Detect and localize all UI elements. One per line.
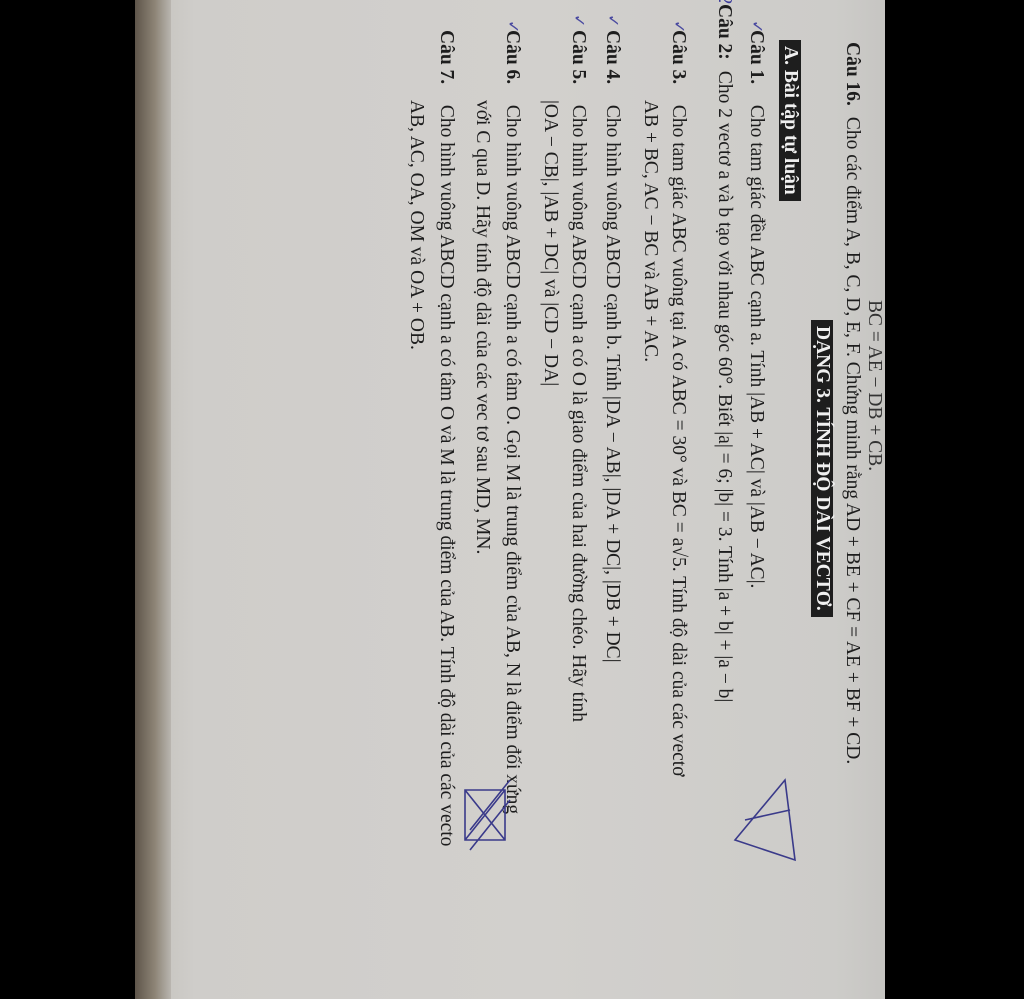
top-fragment: BC = AE − DB + CB.: [863, 300, 885, 471]
question-5-line2: |OA − CB|, |AB + DC| và |CD − DA|: [539, 100, 561, 386]
check-mark-icon: ✓: [670, 20, 689, 33]
section-heading: DẠNG 3. TÍNH ĐỘ DÀI VECTƠ.: [811, 320, 833, 617]
document-photo: BC = AE − DB + CB. Câu 16. Cho các điểm …: [135, 0, 885, 999]
subsection-text: A. Bài tập tự luận: [779, 40, 801, 201]
check-mark-icon: ✓: [748, 20, 767, 33]
question-text: Cho hình vuông ABCD cạnh a có O là giao …: [568, 105, 589, 722]
question-text: Cho hình vuông ABCD cạnh b. Tính |DA − A…: [602, 105, 623, 663]
question-3: Câu 3. Cho tam giác ABC vuông tại A có A…: [667, 30, 689, 777]
worksheet-page: BC = AE − DB + CB. Câu 16. Cho các điểm …: [165, 0, 885, 999]
question-label: Câu 3.: [667, 30, 689, 100]
question-3-line2: AB + BC, AC − BC và AB + AC.: [639, 100, 661, 362]
question-6-line2: với C qua D. Hãy tính độ dài của các vec…: [471, 100, 493, 554]
question-2: B2 Câu 2: Cho 2 vectơ a và b tạo với nha…: [713, 4, 735, 702]
section-heading-text: DẠNG 3. TÍNH ĐỘ DÀI VECTƠ.: [811, 320, 833, 617]
question-text: Cho 2 vectơ a và b tạo với nhau góc 60°.…: [714, 71, 735, 702]
question-text: Cho hình vuông ABCD cạnh a có tâm O và M…: [436, 105, 457, 847]
handwritten-note: B2: [713, 0, 735, 4]
question-text: Cho tam giác đều ABC cạnh a. Tính |AB + …: [746, 105, 767, 589]
handwritten-triangle-sketch-icon: [725, 770, 805, 880]
question-text: Cho các điểm A, B, C, D, E, F. Chứng min…: [842, 117, 863, 764]
question-4: Câu 4. Cho hình vuông ABCD cạnh b. Tính …: [601, 30, 623, 663]
check-mark-icon: ✓: [570, 14, 589, 27]
subsection-heading: A. Bài tập tự luận: [779, 40, 801, 201]
question-7-line2: AB, AC, OA, OM và OA + OB.: [405, 100, 427, 350]
question-label: Câu 4.: [601, 30, 623, 100]
question-1: Câu 1. Cho tam giác đều ABC cạnh a. Tính…: [745, 30, 767, 588]
question-text: Cho hình vuông ABCD cạnh a có tâm O. Gọi…: [502, 105, 523, 814]
question-text: Cho tam giác ABC vuông tại A có ABC = 30…: [668, 105, 689, 777]
question-label: Câu 6.: [501, 30, 523, 100]
handwritten-square-sketch-icon: [455, 780, 515, 860]
question-7: Câu 7. Cho hình vuông ABCD cạnh a có tâm…: [435, 30, 457, 846]
question-label: Câu 5.: [567, 30, 589, 100]
question-5: Câu 5. Cho hình vuông ABCD cạnh a có O l…: [567, 30, 589, 722]
question-label: Câu 16.: [841, 42, 863, 112]
question-label: Câu 1.: [745, 30, 767, 100]
check-mark-icon: ✓: [504, 20, 523, 33]
question-16: Câu 16. Cho các điểm A, B, C, D, E, F. C…: [841, 42, 863, 764]
question-6: Câu 6. Cho hình vuông ABCD cạnh a có tâm…: [501, 30, 523, 814]
check-mark-icon: ✓: [604, 14, 623, 27]
question-label: Câu 2:: [713, 4, 735, 66]
question-label: Câu 7.: [435, 30, 457, 100]
